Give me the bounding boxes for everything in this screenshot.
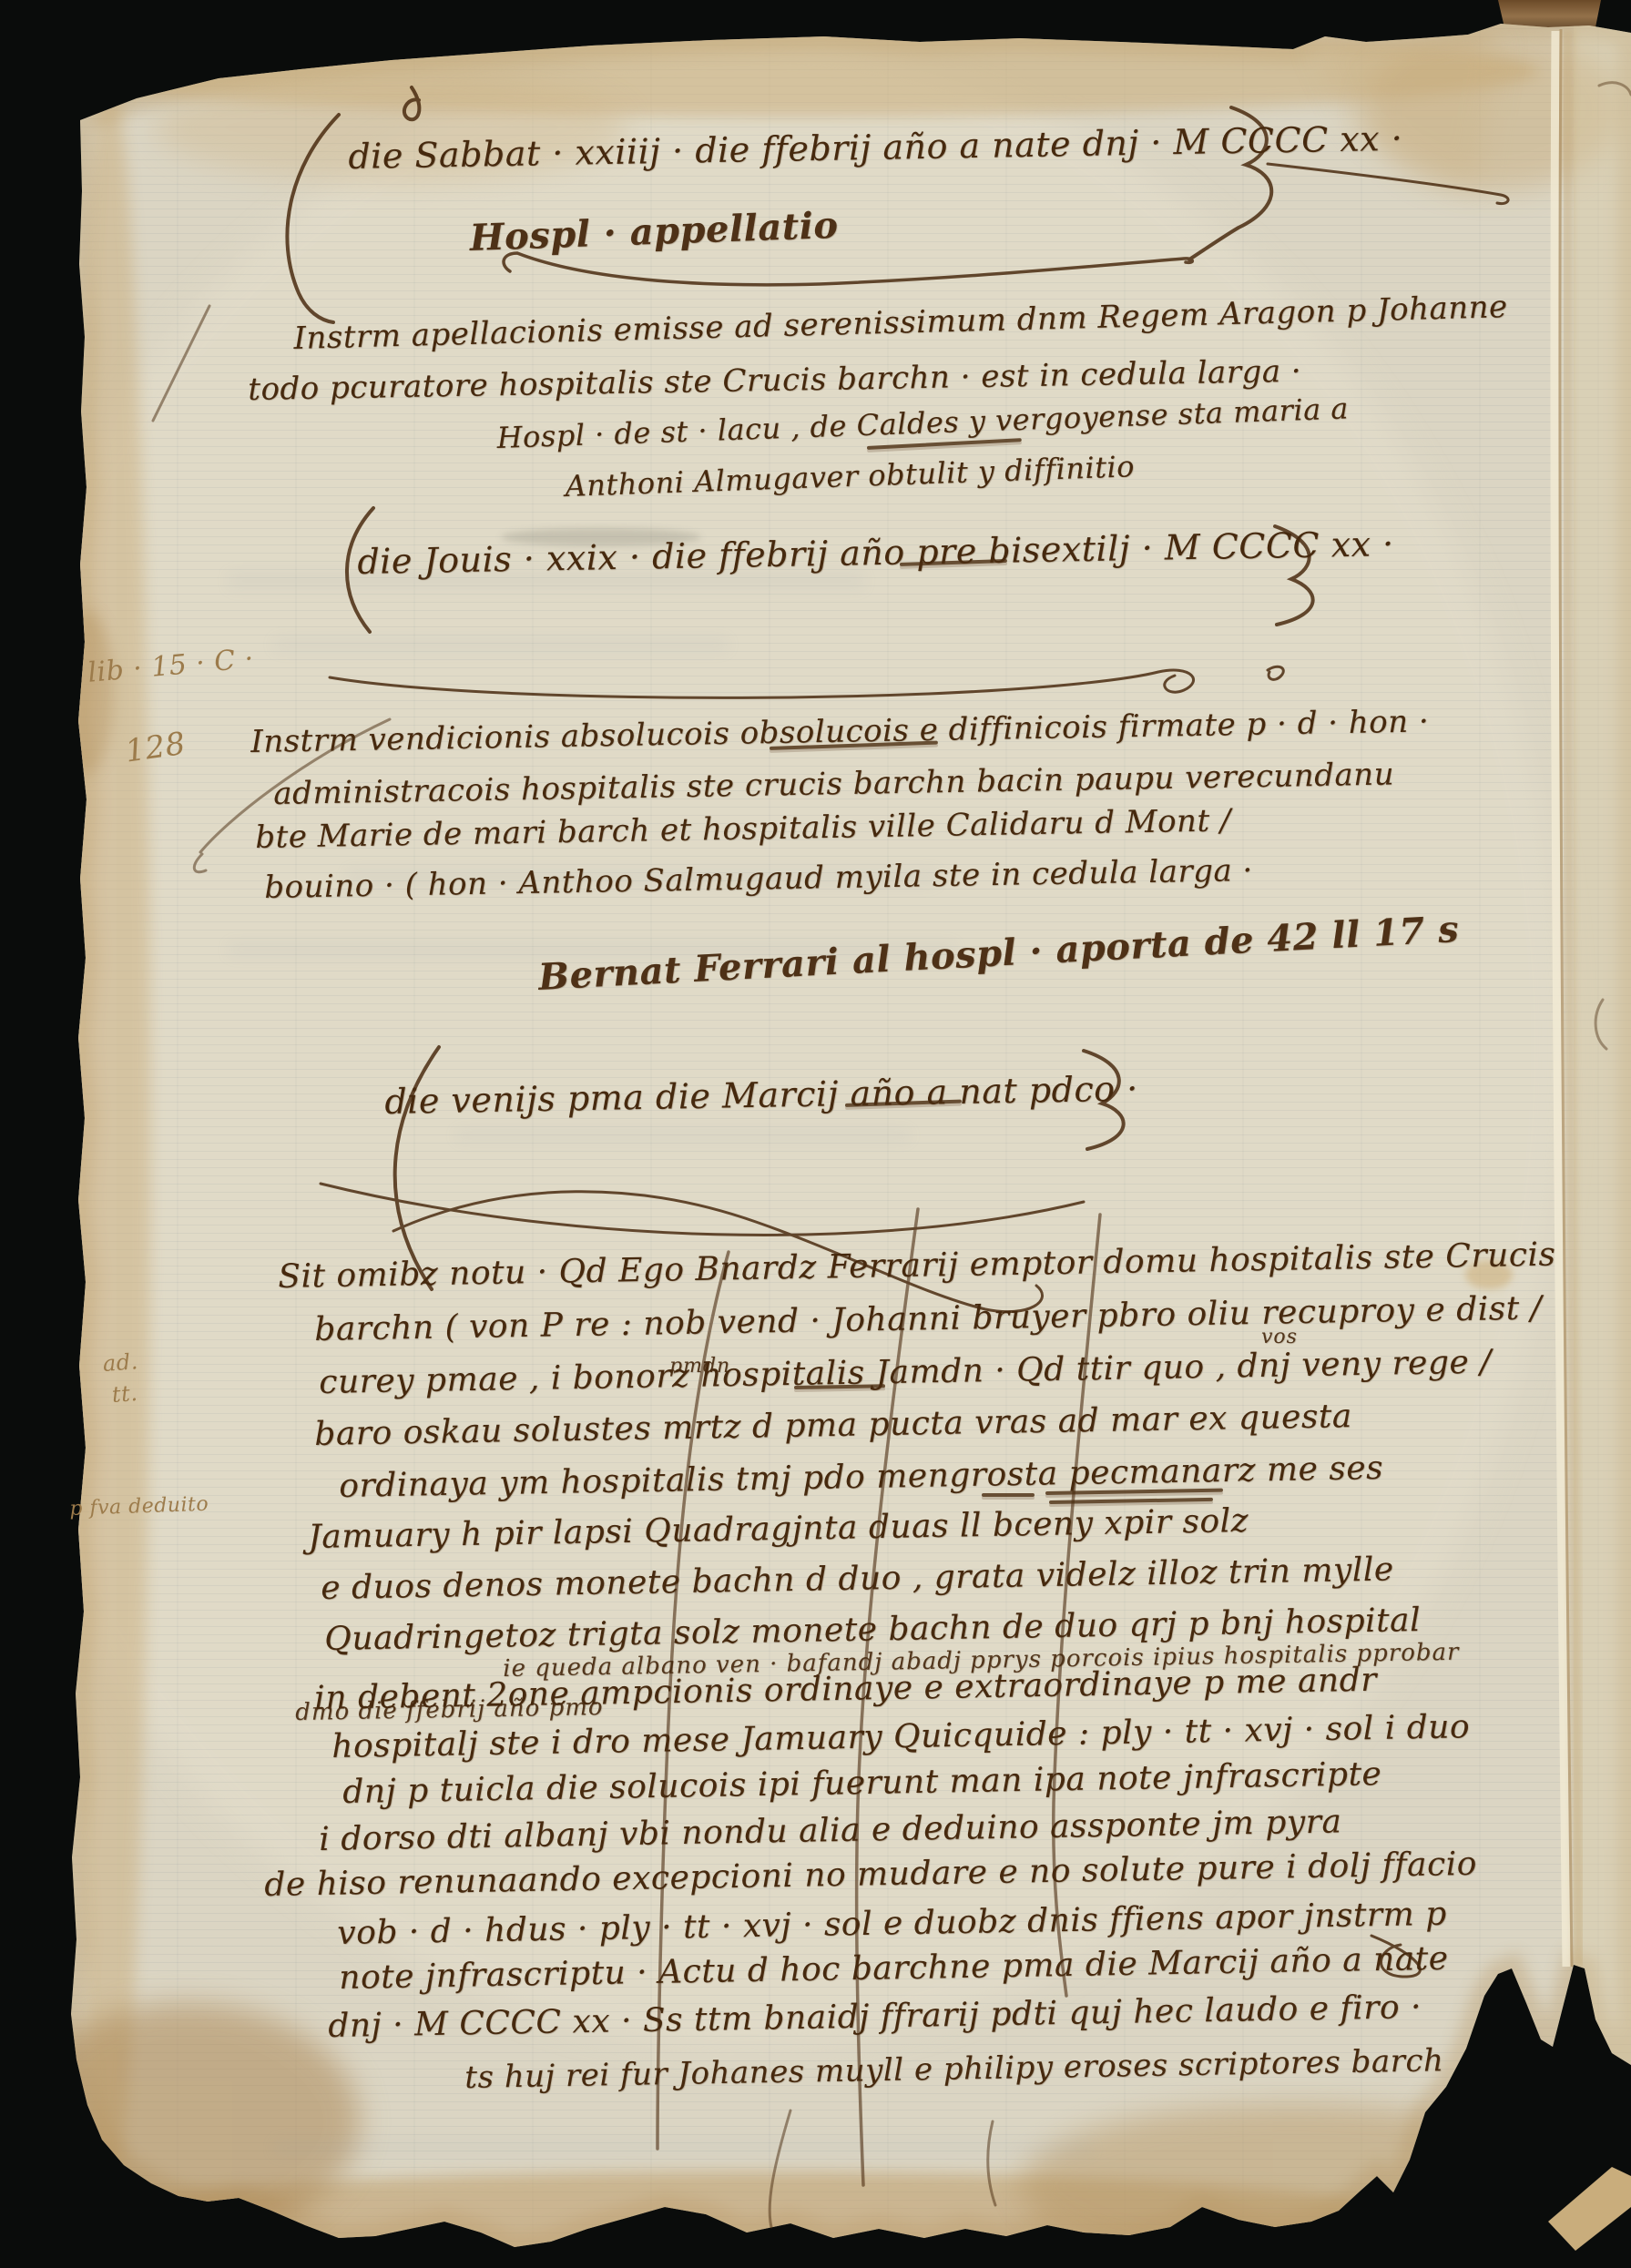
margin-note-ad: ad. <box>102 1348 139 1377</box>
entry2-title-2: Anthoni Almugaver obtulit y diffinitio <box>565 449 1136 503</box>
entry4-header: Bernat Ferrari al hospl · aporta de 42 l… <box>537 908 1460 999</box>
entry4-body-4: baro oskau solustes mrtz d pma pucta vra… <box>314 1398 1352 1453</box>
strike-pdo <box>982 1493 1035 1497</box>
margin-folio-number: 128 <box>123 726 188 770</box>
entry4-witnesses: ts huj rei fur Johanes muyll e philipy e… <box>464 2042 1444 2096</box>
entry1-title: Hospl · appellatio <box>469 204 839 259</box>
entry4-interlinear-date: dmo die ffebrij año pmo <box>295 1693 604 1726</box>
entry4-body-1: Sit omibz notu · Qd Ego Bnardz Ferrarij … <box>278 1236 1556 1296</box>
entry4-body-11: dnj p tuicla die solucois ipi fuerunt ma… <box>342 1755 1382 1811</box>
margin-shelfmark: lib · 15 · C · <box>87 643 255 689</box>
entry3-body-4: bouino · ( hon · Anthoo Salmugaud myila … <box>264 852 1253 906</box>
entry4-body-2: barchn ( von P re : nob vend · Johanni b… <box>314 1289 1543 1348</box>
margin-note-tt: tt. <box>111 1380 138 1408</box>
manuscript-text-layer: die Sabbat · xxiiij · die ffebrij año a … <box>0 0 1631 2268</box>
entry3-body-3: bte Marie de mari barch et hospitalis vi… <box>255 802 1231 856</box>
entry1-body-1: Instrm apellacionis emisse ad serenissim… <box>293 289 1508 357</box>
entry2-date: die Jouis · xxix · die ffebrij año pre b… <box>357 524 1394 582</box>
entry4-date: die venijs pma die Marcij año a nat pdco… <box>384 1069 1138 1122</box>
entry4-body-3: curey pmae , i bonorz hospitalis Jamdn ·… <box>319 1344 1492 1401</box>
entry1-date: die Sabbat · xxiiij · die ffebrij año a … <box>348 118 1403 177</box>
entry4-body-16: dnj · M CCCC xx · Ss ttm bnaidj ffrarij … <box>328 1988 1422 2045</box>
entry4-interlinear-vos: vos <box>1261 1326 1298 1348</box>
manuscript-scan: die Sabbat · xxiiij · die ffebrij año a … <box>0 0 1631 2268</box>
entry4-body-5: ordinaya ym hospitalis tmj pdo mengrosta… <box>339 1449 1383 1505</box>
margin-note-deducto: p fva deduito <box>69 1493 209 1520</box>
entry3-body-1: Instrm vendicionis absolucois obsolucois… <box>250 703 1430 760</box>
entry4-body-7: e duos denos monete bachn d duo , grata … <box>321 1551 1394 1607</box>
entry4-body-6: Jamuary h pir lapsi Quadragjnta duas ll … <box>308 1502 1249 1556</box>
